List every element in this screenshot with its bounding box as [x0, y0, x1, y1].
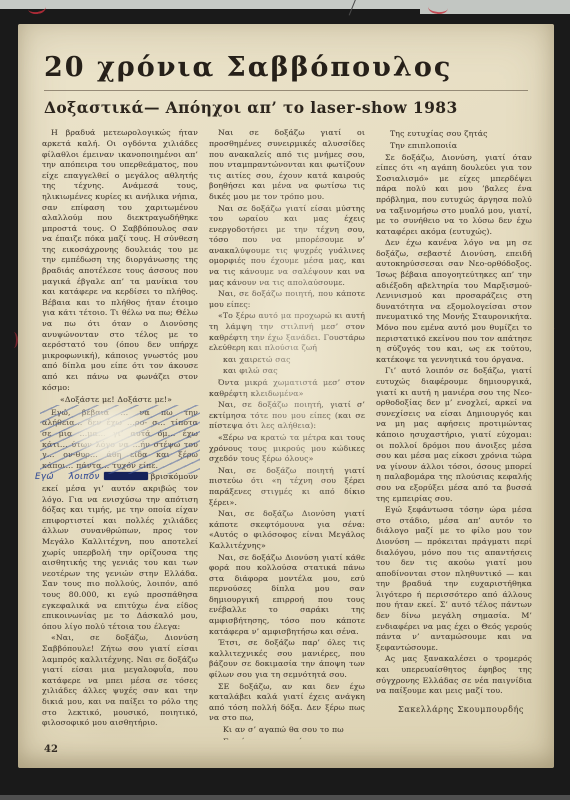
author-signature: Σακελλάρης Σκουμπουρδής [376, 704, 524, 715]
article-paragraph: και χαιρετώ σας [223, 355, 365, 366]
article-columns: Η βραδυά μετεωρολογικώς ήταν αρκετά καλή… [18, 117, 554, 740]
article-paragraph: Ναι σε δοξάζω γιατί οι προσθημένες συνει… [209, 128, 365, 202]
handwritten-note: Εγώ λοιπόν [35, 472, 100, 482]
article-column-3: Της ευτυχίας σου ζητάςΤην επιπλοποιίαΣε … [376, 128, 532, 740]
scanned-page-background: 20 χρόνια Σαββόπουλος Δοξαστικά— Απόηχοι… [0, 0, 570, 800]
article-column-2: Ναι σε δοξάζω γιατί οι προσθημένες συνει… [209, 128, 365, 740]
article-paragraph: Ναι σε δοξάζω γιατί είσαι μύστης του ωρα… [209, 204, 365, 289]
article-paragraph: Εγώ ξεφάντωσα τόσην ώρα μέσα στο στάδιο,… [376, 505, 532, 653]
article-paragraph: Ναι, σε δοξάζω ποιητή γιατί πιστεύω ότι … [209, 466, 365, 508]
magazine-page: 20 χρόνια Σαββόπουλος Δοξαστικά— Απόηχοι… [18, 24, 554, 768]
page-number: 42 [44, 744, 58, 755]
article-paragraph: Ναι, σε δοξάζω ποιητή, που κάποτε μου εί… [209, 289, 365, 310]
article-paragraph: «Δοξάστε με! Δοξάστε με!» [60, 395, 198, 406]
article-paragraph: Δεν έχω κανένα λόγο να μη σε δοξάζω, σεβ… [376, 238, 532, 365]
article-paragraph: Κι αν σ’ αγαπώ θα σου το πω [223, 725, 365, 736]
article-paragraph: ΣΕ δοξάζω, αν και δεν έχω καταλάβει καλά… [209, 682, 365, 724]
article-paragraph: Ναι, σε δοξάζω Διονύση γιατί κάποτε σκεφ… [209, 509, 365, 551]
red-pen-mark-left-edge [9, 332, 18, 348]
article-paragraph: Γι’ αυτό λοιπόν σε δοξάζω, γιατί ευτυχώς… [376, 366, 532, 504]
article-paragraph: Εγώ, βέβαια … να πω την αλήθεια… δεν έχω… [42, 408, 198, 472]
title-divider [44, 90, 528, 91]
article-paragraph: Την επιπλοποιία [390, 141, 532, 152]
article-paragraph: «Το ξέρω αυτό μα προχωρώ κι αυτή τη λάμψ… [209, 311, 365, 353]
article-paragraph: Όντα μικρά χωματιστά μεσ’ στον καθρέφτη … [209, 378, 365, 399]
article-subtitle: Δοξαστικά— Απόηχοι απ’ το laser-show 198… [44, 98, 530, 117]
article-paragraph: Η βραδυά μετεωρολογικώς ήταν αρκετά καλή… [42, 128, 198, 393]
article-paragraph: Εγώ λοιπόνβρισκόμουν εκεί μέσα γι’ αυτόν… [42, 472, 198, 632]
scanner-bottom-strip [0, 795, 570, 800]
article-paragraph: Σε δοξάζω, Διονύση, γιατί όταν είπες ότι… [376, 153, 532, 238]
redacted-word [104, 472, 148, 480]
article-paragraph: «Ναι, σε δοξάζω, Διονύση Σαββόπουλε! Ζήτ… [42, 633, 198, 728]
article-paragraph: Ναι, σε δοξάζω Διονύση γιατί κάθε φορά π… [209, 553, 365, 638]
scanner-lid-strip-right [420, 0, 570, 14]
article-column-1: Η βραδυά μετεωρολογικώς ήταν αρκετά καλή… [42, 128, 198, 740]
article-masthead: 20 χρόνια Σαββόπουλος Δοξαστικά— Απόηχοι… [18, 24, 554, 117]
article-paragraph: Ναι, σε δοξάζω ποιητή, γιατί σ’ εκτίμησα… [209, 400, 365, 432]
article-paragraph: Της ευτυχίας σου ζητάς [390, 129, 532, 140]
article-paragraph: και φιλώ σας [223, 366, 365, 377]
article-paragraph: «Ξέρω να κρατώ τα μέτρα και τους χρόνους… [209, 433, 365, 465]
article-paragraph: Έτσι, σε δοξάζω παρ’ όλες τις καλλιτεχνι… [209, 638, 365, 680]
article-paragraph: Γιατί στην κοινωνία [223, 737, 365, 741]
article-title: 20 χρόνια Σαββόπουλος [44, 54, 530, 82]
article-paragraph: Ας μας ξανακαλέσει ο τρομερός και υπερευ… [376, 654, 532, 696]
